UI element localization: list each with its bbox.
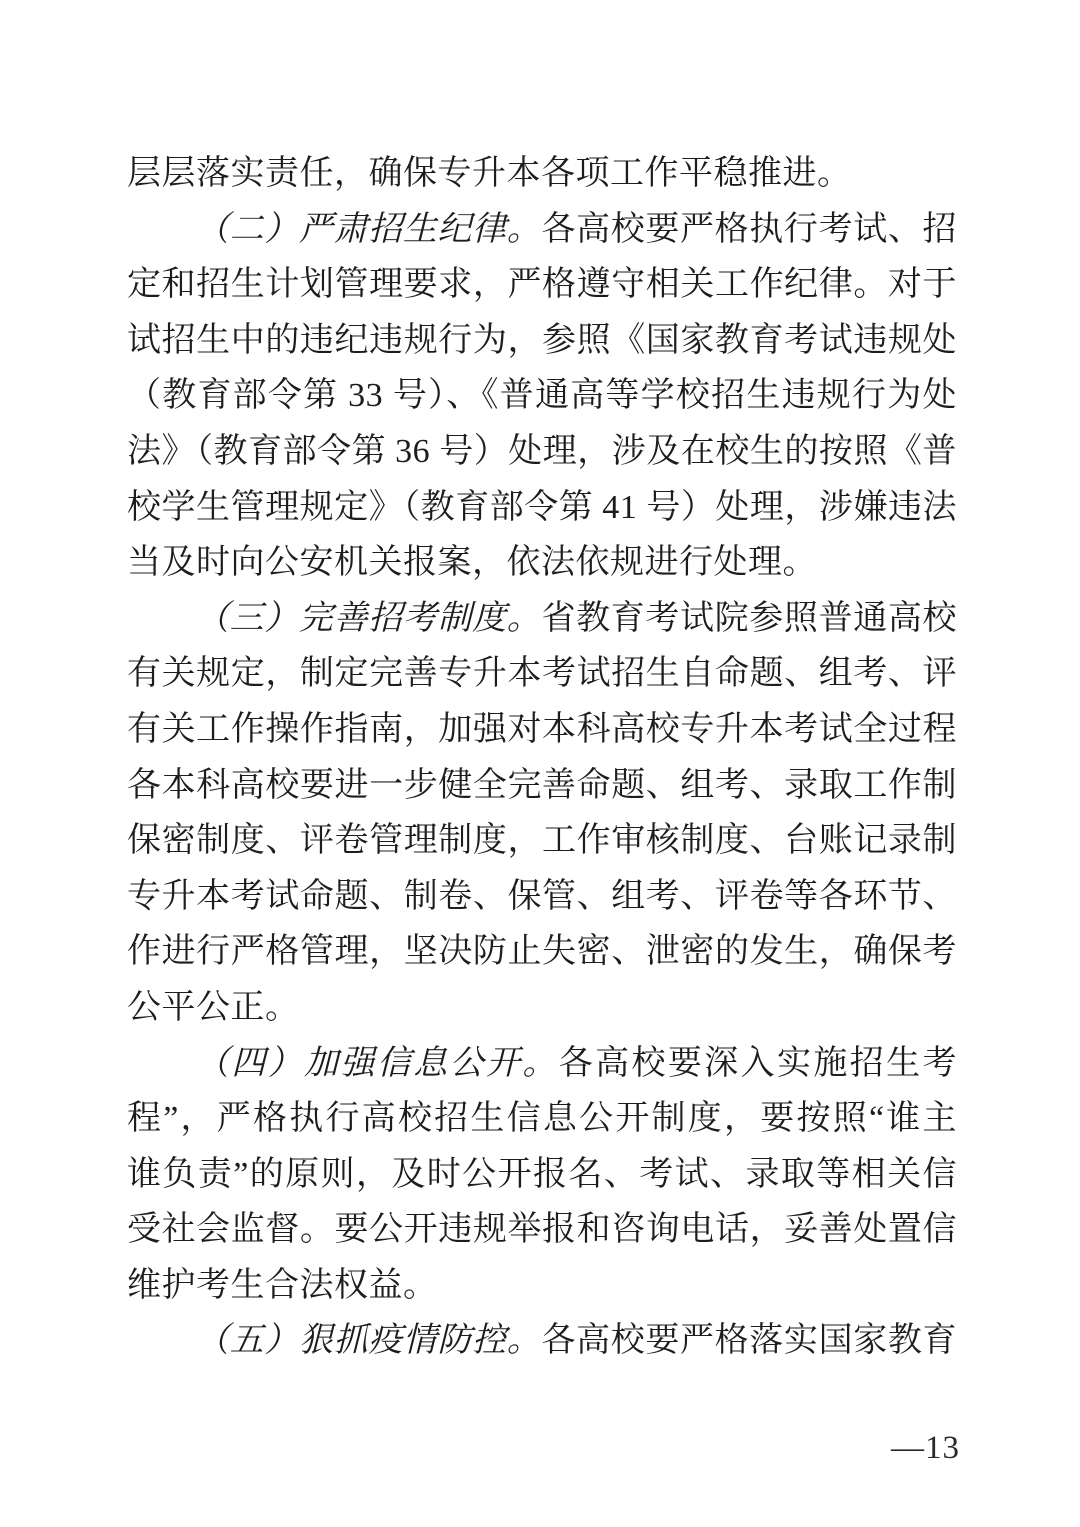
text-line: 保密制度、评卷管理制度，工作审核制度、台账记录制度等，对 — [127, 813, 957, 869]
text-line: （二）严肃招生纪律。各高校要严格执行考试、招生政策规 — [127, 202, 957, 258]
text-line: 法》（教育部令第 36 号）处理，涉及在校生的按照《普通高等学 — [127, 424, 957, 480]
text-line: 专升本考试命题、制卷、保管、组考、评卷等各环节、全过程工 — [127, 869, 957, 925]
text-line: 层层落实责任，确保专升本各项工作平稳推进。 — [127, 146, 957, 202]
section-heading: （四）加强信息公开。 — [195, 1045, 559, 1082]
text-line: 受社会监督。要公开违规举报和咨询电话，妥善处置信访问题， — [127, 1202, 957, 1258]
text-line: 各本科高校要进一步健全完善命题、组考、录取工作制度、安全 — [127, 758, 957, 814]
text-line: 公平公正。 — [127, 980, 957, 1036]
document-page: 层层落实责任，确保专升本各项工作平稳推进。（二）严肃招生纪律。各高校要严格执行考… — [0, 0, 1080, 1527]
body-text: 受社会监督。要公开违规举报和咨询电话，妥善处置信访问题， — [127, 1211, 957, 1258]
text-line: （四）加强信息公开。各高校要深入实施招生考试“阳光工 — [127, 1036, 957, 1092]
text-line: 谁负责”的原则，及时公开报名、考试、录取等相关信息，主动接 — [127, 1147, 957, 1203]
text-line: （三）完善招考制度。省教育考试院参照普通高校招生考试 — [127, 591, 957, 647]
body-text: 有关规定，制定完善专升本考试招生自命题、组考、评卷及录取 — [127, 655, 957, 702]
text-line: 作进行严格管理，坚决防止失密、泄密的发生，确保考试安全、 — [127, 924, 957, 980]
page-number: —13 — [891, 1430, 960, 1467]
body-text: 保密制度、评卷管理制度，工作审核制度、台账记录制度等，对 — [127, 822, 957, 869]
body-text: 作进行严格管理，坚决防止失密、泄密的发生，确保考试安全、 — [127, 933, 957, 980]
section-heading: （五）狠抓疫情防控。 — [195, 1322, 541, 1359]
body-text: 公平公正。 — [127, 989, 300, 1026]
body-text: 专升本考试命题、制卷、保管、组考、评卷等各环节、全过程工 — [127, 878, 957, 925]
body-text: （教育部令第 33 号）、《普通高等学校招生违规行为处理暂行办 — [127, 377, 957, 424]
text-line: 校学生管理规定》（教育部令第 41 号）处理，涉嫌违法犯罪的应 — [127, 480, 957, 536]
text-line: 有关规定，制定完善专升本考试招生自命题、组考、评卷及录取 — [127, 646, 957, 702]
section-heading: （三）完善招考制度。 — [195, 600, 541, 637]
text-line: 试招生中的违纪违规行为，参照《国家教育考试违规处理办法》 — [127, 313, 957, 369]
text-line: （五）狠抓疫情防控。各高校要严格落实国家教育考试组考 — [127, 1313, 957, 1369]
body-text: 各本科高校要进一步健全完善命题、组考、录取工作制度、安全 — [127, 767, 957, 814]
document-body: 层层落实责任，确保专升本各项工作平稳推进。（二）严肃招生纪律。各高校要严格执行考… — [127, 146, 957, 1369]
body-text: 当及时向公安机关报案，依法依规进行处理。 — [127, 544, 817, 581]
body-text: 层层落实责任，确保专升本各项工作平稳推进。 — [127, 155, 852, 192]
body-text: 有关工作操作指南，加强对本科高校专升本考试全过程的指导。 — [127, 711, 957, 758]
body-text: 定和招生计划管理要求，严格遵守相关工作纪律。对于专升本考 — [127, 266, 957, 313]
text-line: 有关工作操作指南，加强对本科高校专升本考试全过程的指导。 — [127, 702, 957, 758]
text-line: 定和招生计划管理要求，严格遵守相关工作纪律。对于专升本考 — [127, 257, 957, 313]
text-line: 维护考生合法权益。 — [127, 1258, 957, 1314]
body-text: 法》（教育部令第 36 号）处理，涉及在校生的按照《普通高等学 — [127, 433, 957, 480]
text-line: 当及时向公安机关报案，依法依规进行处理。 — [127, 535, 957, 591]
body-text: 谁负责”的原则，及时公开报名、考试、录取等相关信息，主动接 — [127, 1156, 957, 1203]
body-text: 维护考生合法权益。 — [127, 1267, 438, 1304]
text-line: （教育部令第 33 号）、《普通高等学校招生违规行为处理暂行办 — [127, 368, 957, 424]
body-text: 校学生管理规定》（教育部令第 41 号）处理，涉嫌违法犯罪的应 — [127, 489, 957, 536]
body-text: 试招生中的违纪违规行为，参照《国家教育考试违规处理办法》 — [127, 322, 957, 369]
body-text: 程”，严格执行高校招生信息公开制度，要按照“谁主管、谁审核、 — [127, 1100, 957, 1147]
section-heading: （二）严肃招生纪律。 — [195, 211, 541, 248]
text-line: 程”，严格执行高校招生信息公开制度，要按照“谁主管、谁审核、 — [127, 1091, 957, 1147]
